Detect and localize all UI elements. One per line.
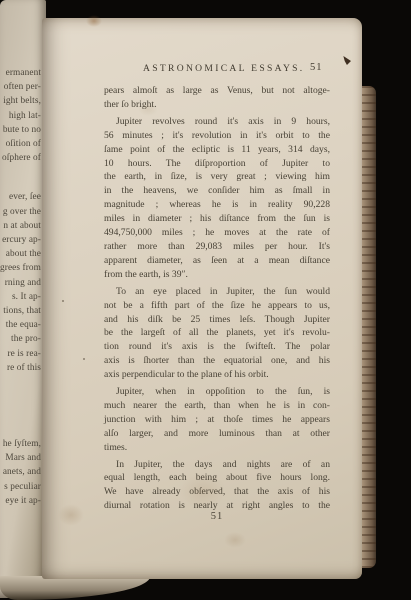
text-line: 56 minutes ; it's revolution in it's orb…	[104, 129, 330, 143]
text-line: the earth, in ſize, is very great ; view…	[104, 170, 330, 184]
text-line: not be a fifth part of the ſize he appea…	[104, 299, 330, 313]
footer-page-number: 51	[104, 511, 330, 522]
text-line: times.	[104, 441, 330, 455]
header-page-number: 51	[310, 62, 323, 73]
text-line: ther ſo bright.	[104, 98, 330, 112]
text-line: alſo larger, and more luminous than at o…	[104, 427, 330, 441]
text-line: To an eye placed in Jupiter, the ſun wou…	[104, 285, 330, 299]
text-line: from the earth, is 39″.	[104, 268, 330, 282]
text-line: 494,750,000 miles ; he moves at the rate…	[104, 226, 330, 240]
text-line: axis perpendicular to the plane of his o…	[104, 368, 330, 382]
fragment-line: g over the	[0, 205, 41, 219]
text-line: Jupiter, when in oppoſition to the ſun, …	[104, 385, 330, 399]
fragment-line: s peculiar	[0, 480, 41, 494]
text-line: In Jupiter, the days and nights are of a…	[104, 458, 330, 472]
text-line: much nearer the earth, than when he is i…	[104, 399, 330, 413]
fragment-line: ermanent	[0, 66, 41, 80]
fragment-group: ever, ſeeg over then at aboutercury ap-a…	[0, 190, 41, 375]
fragment-line: bute to no	[0, 123, 41, 137]
fragment-group: ermanentoften per-ight belts,high lat-bu…	[0, 66, 41, 165]
page-text: pears almoſt as large as Venus, but not …	[104, 84, 330, 513]
text-line: rather more than 29,083 miles per hour. …	[104, 240, 330, 254]
book-page: ASTRONOMICAL ESSAYS. 51 pears almoſt as …	[42, 18, 362, 579]
text-line: 10 hours. The diſproportion of Jupiter t…	[104, 157, 330, 171]
ink-dot	[62, 300, 64, 302]
text-line: Jupiter revolves round it's axis in 9 ho…	[104, 115, 330, 129]
fragment-line: he ſyſtem,	[0, 437, 41, 451]
fragment-line: the equa-	[0, 318, 41, 332]
fragment-line: ever, ſee	[0, 190, 41, 204]
book-photo: ermanentoften per-ight belts,high lat-bu…	[0, 0, 411, 600]
text-line: equal length, each being about five hour…	[104, 471, 330, 485]
fragment-line: tions, that	[0, 304, 41, 318]
paragraph: Jupiter, when in oppoſition to the ſun, …	[104, 385, 330, 455]
fragment-line: re is rea-	[0, 347, 41, 361]
fragment-line: ercury ap-	[0, 233, 41, 247]
header-title: ASTRONOMICAL ESSAYS.	[143, 63, 305, 74]
fragment-line: anets, and	[0, 465, 41, 479]
text-line: be the largeſt of all the planets, yet i…	[104, 326, 330, 340]
fragment-group: he ſyſtem,Mars andanets, ands peculiarey…	[0, 437, 41, 508]
foxing-stain	[58, 504, 84, 526]
text-line: apparent diameter, as ſeen at a mean diſ…	[104, 254, 330, 268]
fragment-line: the pro-	[0, 332, 41, 346]
foxing-stain	[86, 15, 102, 27]
text-line: and his diſk be 25 times leſs. Though Ju…	[104, 313, 330, 327]
page-curl	[0, 576, 150, 600]
fragment-line: n at about	[0, 219, 41, 233]
page-header: ASTRONOMICAL ESSAYS. 51	[42, 63, 362, 79]
fragment-line: ight belts,	[0, 94, 41, 108]
text-line: miles in diameter ; his diſtance from th…	[104, 212, 330, 226]
paragraph: In Jupiter, the days and nights are of a…	[104, 458, 330, 514]
fragment-line: high lat-	[0, 109, 41, 123]
paragraph: To an eye placed in Jupiter, the ſun wou…	[104, 285, 330, 382]
fragment-line: re of this	[0, 361, 41, 375]
previous-page-edge-text: ermanentoften per-ight belts,high lat-bu…	[0, 0, 46, 598]
paragraph: Jupiter revolves round it's axis in 9 ho…	[104, 115, 330, 282]
fragment-line: oſition of	[0, 137, 41, 151]
text-line: axis is ſhorter than the equatorial one,…	[104, 354, 330, 368]
fragment-line: s. It ap-	[0, 290, 41, 304]
text-line: junction with him ; at thoſe times he ap…	[104, 413, 330, 427]
text-line: in the heavens, we conſider him as ſmall…	[104, 184, 330, 198]
text-line: We have already obſerved, that the axis …	[104, 485, 330, 499]
previous-page-edge: ermanentoften per-ight belts,high lat-bu…	[0, 0, 46, 598]
fragment-line: grees from	[0, 261, 41, 275]
fragment-line: often per-	[0, 80, 41, 94]
fragment-line: rning and	[0, 276, 41, 290]
foxing-stain	[224, 532, 246, 548]
fragment-line: eye it ap-	[0, 494, 41, 508]
paragraph: pears almoſt as large as Venus, but not …	[104, 84, 330, 112]
fragment-line: Mars and	[0, 451, 41, 465]
text-line: ſame point of the ecliptic is 11 years, …	[104, 143, 330, 157]
fragment-line: about the	[0, 247, 41, 261]
fragment-line: oſphere of	[0, 151, 41, 165]
text-line: magnitude ; whereas he is in reality 90,…	[104, 198, 330, 212]
text-line: tion round it's axis is the ſwifteſt. Th…	[104, 340, 330, 354]
ink-dot	[83, 358, 85, 360]
text-line: pears almoſt as large as Venus, but not …	[104, 84, 330, 98]
